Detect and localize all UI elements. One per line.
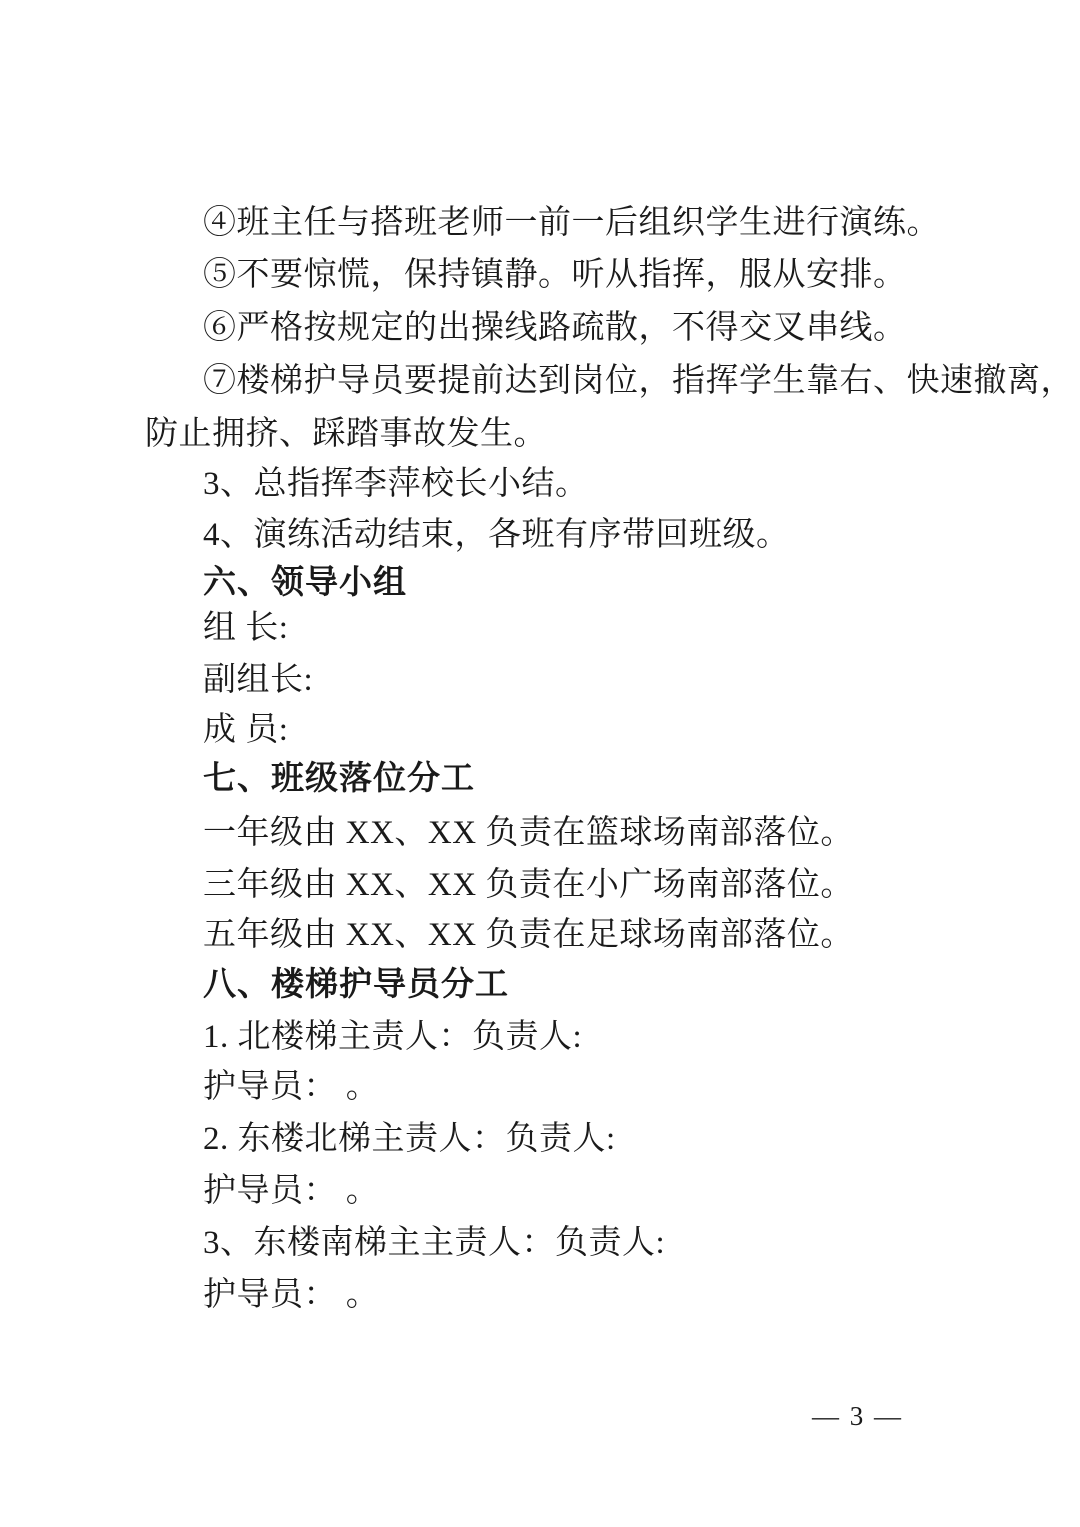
drill-step-7-continuation: 防止拥挤、踩踏事故发生。 (145, 416, 547, 454)
deputy-leader-label: 副组长: (203, 662, 313, 700)
drill-step-4: ④班主任与搭班老师一前一后组织学生进行演练。 (203, 205, 940, 243)
members-label: 成 员: (203, 712, 288, 750)
drill-step-7: ⑦楼梯护导员要提前达到岗位，指挥学生靠右、快速撤离， (203, 363, 1074, 401)
stair-1-north-lead: 1. 北楼梯主责人：负责人: (203, 1019, 582, 1057)
section-heading-8-stair-guards: 八、楼梯护导员分工 (203, 965, 509, 1003)
page-number: — 3 — (812, 1400, 903, 1432)
stair-1-guards: 护导员： 。 (203, 1069, 379, 1107)
drill-step-5: ⑤不要惊慌，保持镇静。听从指挥，服从安排。 (203, 257, 907, 295)
stair-3-guards: 护导员： 。 (203, 1277, 379, 1315)
section-heading-7-class-positions: 七、班级落位分工 (203, 759, 475, 797)
grade-5-position: 五年级由 XX、XX 负责在足球场南部落位。 (203, 917, 854, 955)
section-heading-6-leadership-group: 六、领导小组 (203, 563, 407, 601)
grade-3-position: 三年级由 XX、XX 负责在小广场南部落位。 (203, 867, 854, 905)
drill-step-6: ⑥严格按规定的出操线路疏散，不得交叉串线。 (203, 310, 907, 348)
document-page: ④班主任与搭班老师一前一后组织学生进行演练。 ⑤不要惊慌，保持镇静。听从指挥，服… (0, 0, 1080, 1527)
stair-2-guards: 护导员： 。 (203, 1173, 379, 1211)
group-leader-label: 组 长: (203, 610, 288, 648)
list-item-4-end: 4、演练活动结束，各班有序带回班级。 (203, 517, 790, 555)
stair-3-east-south-lead: 3、东楼南梯主主责人：负责人: (203, 1225, 665, 1263)
stair-2-east-north-lead: 2. 东楼北梯主责人：负责人: (203, 1121, 616, 1159)
grade-1-position: 一年级由 XX、XX 负责在篮球场南部落位。 (203, 815, 854, 853)
list-item-3-summary: 3、总指挥李萍校长小结。 (203, 466, 589, 504)
